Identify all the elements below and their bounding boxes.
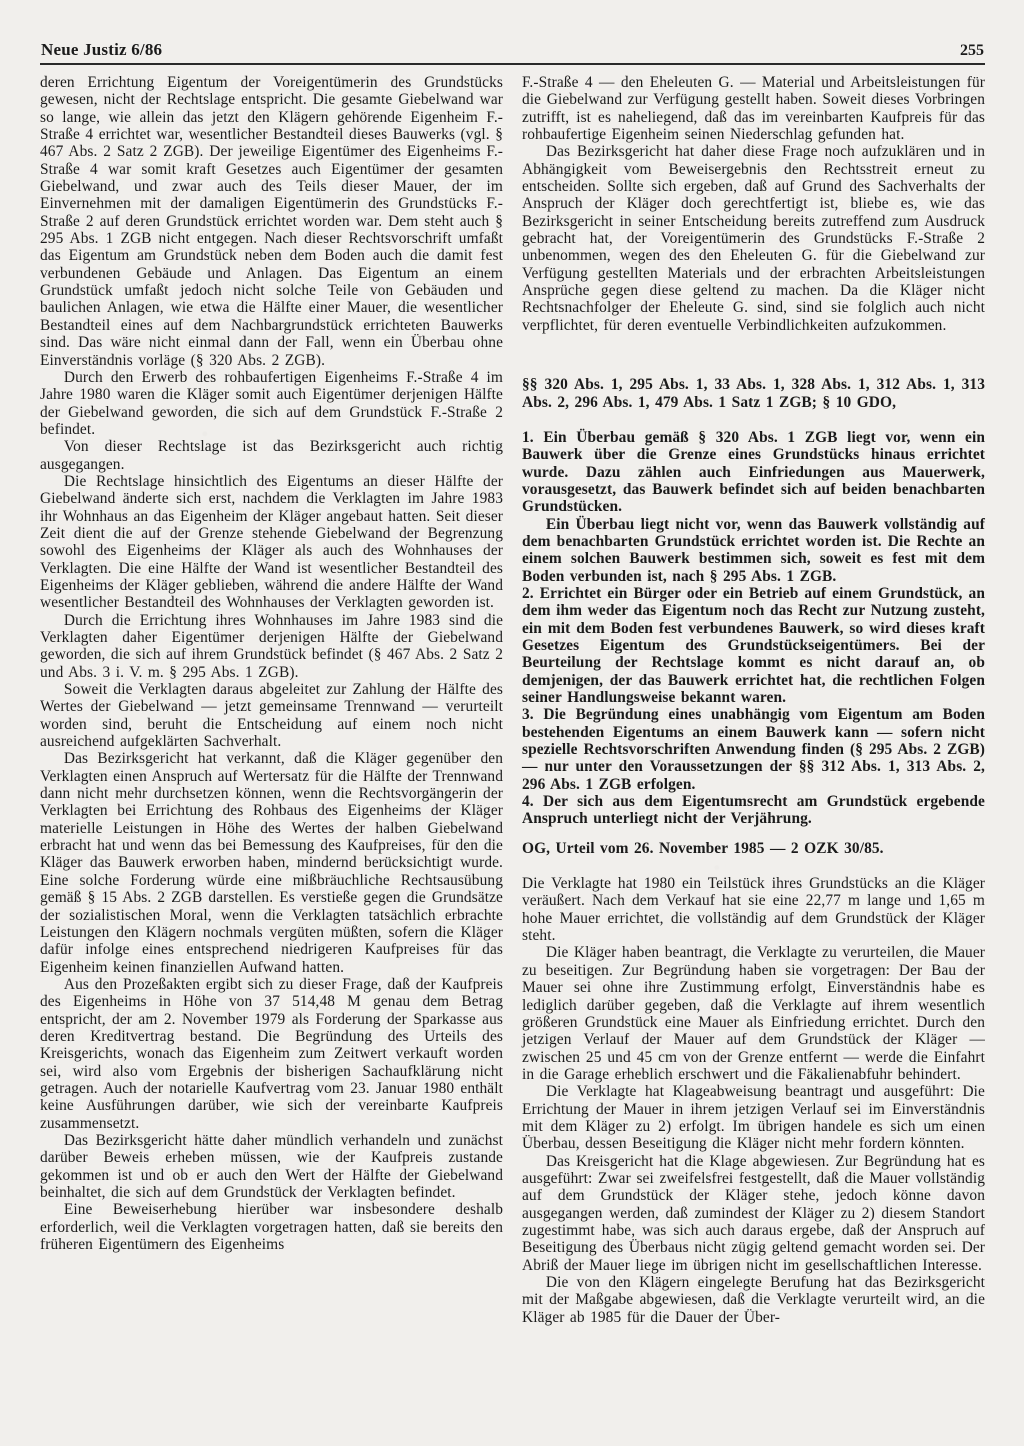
body-paragraph: Das Bezirksgericht hat verkannt, daß die… (40, 750, 503, 975)
body-paragraph: Aus den Prozeßakten ergibt sich zu diese… (40, 976, 503, 1132)
body-paragraph: Durch die Errichtung ihres Wohnhauses im… (40, 612, 503, 681)
right-column: F.-Straße 4 — den Eheleuten G. — Materia… (522, 74, 985, 1326)
headnote-point-2: 2. Errichtet ein Bürger oder ein Betrieb… (522, 585, 985, 706)
journal-page: Neue Justiz 6/86 255 deren Errichtung Ei… (0, 0, 1024, 1446)
body-paragraph: deren Errichtung Eigentum der Voreigentü… (40, 74, 503, 369)
left-column: deren Errichtung Eigentum der Voreigentü… (40, 74, 503, 1326)
body-paragraph: Durch den Erwerb des rohbaufertigen Eige… (40, 369, 503, 438)
body-paragraph: Eine Beweiserhebung hierüber war insbeso… (40, 1201, 503, 1253)
body-paragraph: Die von den Klägern eingelegte Berufung … (522, 1274, 985, 1326)
journal-title: Neue Justiz 6/86 (41, 40, 162, 60)
body-paragraph: Von dieser Rechtslage ist das Bezirksger… (40, 438, 503, 473)
body-paragraph: Die Verklagte hat 1980 ein Teilstück ihr… (522, 875, 985, 944)
body-paragraph: Das Bezirksgericht hat daher diese Frage… (522, 143, 985, 334)
body-paragraph: Die Kläger haben beantragt, die Verklagt… (522, 944, 985, 1083)
headnote-point-1-continued: Ein Überbau liegt nicht vor, wenn das Ba… (522, 516, 985, 585)
body-paragraph: F.-Straße 4 — den Eheleuten G. — Materia… (522, 74, 985, 143)
text-columns: deren Errichtung Eigentum der Voreigentü… (40, 74, 985, 1326)
body-paragraph: Soweit die Verklagten daraus abgeleitet … (40, 681, 503, 750)
page-number: 255 (960, 42, 984, 60)
headnote-statutes: §§ 320 Abs. 1, 295 Abs. 1, 33 Abs. 1, 32… (522, 376, 985, 411)
body-paragraph: Das Bezirksgericht hätte daher mündlich … (40, 1132, 503, 1201)
body-paragraph: Das Kreisgericht hat die Klage abgewiese… (522, 1153, 985, 1274)
body-paragraph: Die Verklagte hat Klageabweisung beantra… (522, 1083, 985, 1152)
headnote-point-1: 1. Ein Überbau gemäß § 320 Abs. 1 ZGB li… (522, 429, 985, 516)
body-paragraph: Die Rechtslage hinsichtlich des Eigentum… (40, 473, 503, 612)
headnote-point-4: 4. Der sich aus dem Eigentumsrecht am Gr… (522, 793, 985, 828)
page-header: Neue Justiz 6/86 255 (40, 40, 985, 63)
header-rule (40, 63, 985, 65)
decision-reference: OG, Urteil vom 26. November 1985 — 2 OZK… (522, 840, 985, 857)
headnote-point-3: 3. Die Begründung eines unabhängig vom E… (522, 706, 985, 793)
